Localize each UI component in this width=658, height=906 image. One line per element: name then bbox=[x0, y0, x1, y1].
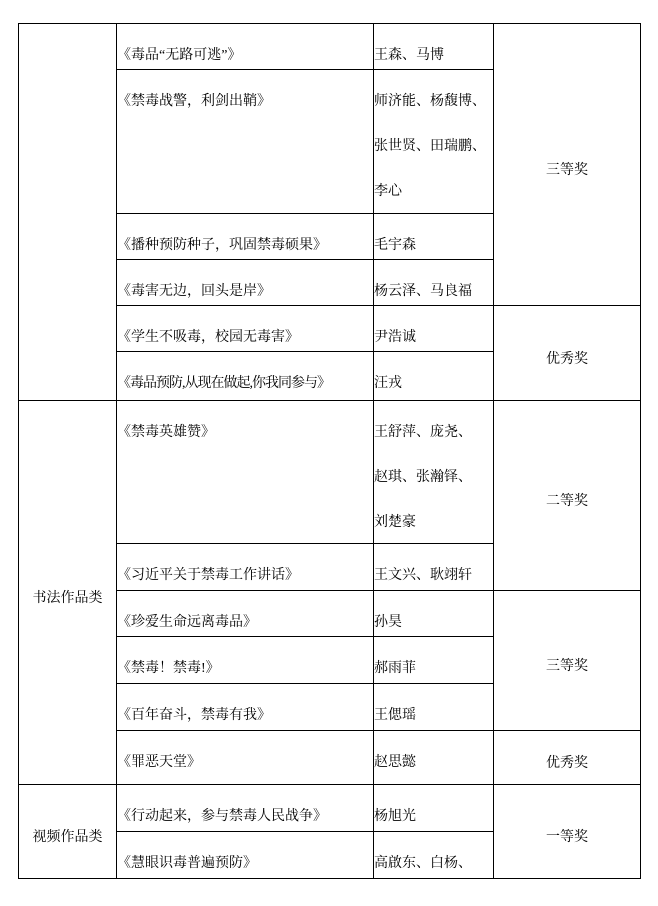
work-title: 《珍爱生命远离毒品》 bbox=[117, 600, 373, 637]
authors-text: 孙昊 bbox=[374, 600, 493, 637]
award-label: 三等奖 bbox=[494, 148, 640, 193]
authors-text: 王偲瑶 bbox=[374, 693, 493, 731]
work-title: 《百年奋斗，禁毒有我》 bbox=[117, 693, 373, 731]
work-title: 《播种预防种子，巩固禁毒硕果》 bbox=[117, 223, 373, 260]
award-cell: 优秀奖 bbox=[494, 731, 641, 785]
award-label: 二等奖 bbox=[494, 479, 640, 524]
work-title: 《慧眼识毒普遍预防》 bbox=[117, 841, 373, 879]
authors-text: 高啟东、白杨、 bbox=[374, 841, 493, 879]
table-row: 视频作品类 《行动起来，参与禁毒人民战争》 杨旭光 一等奖 bbox=[19, 785, 641, 832]
work-title: 《禁毒战警，利剑出鞘》 bbox=[117, 79, 373, 124]
authors-cell: 王舒萍、庞尧、 赵琪、张瀚铎、 刘楚豪 bbox=[374, 401, 494, 544]
authors-text: 师济能、杨馥博、 张世贤、田瑞鹏、 李心 bbox=[374, 79, 493, 214]
authors-text: 郝雨菲 bbox=[374, 646, 493, 684]
award-cell: 三等奖 bbox=[494, 591, 641, 731]
work-title: 《毒品预防,从现在做起,你我同参与》 bbox=[117, 361, 373, 401]
authors-text: 赵思懿 bbox=[374, 740, 493, 785]
work-title: 《毒害无边，回头是岸》 bbox=[117, 269, 373, 306]
category-cell-video: 视频作品类 bbox=[19, 785, 117, 879]
work-title-cell: 《禁毒英雄赞》 bbox=[117, 401, 374, 544]
authors-cell: 汪戎 bbox=[374, 352, 494, 401]
authors-text: 杨旭光 bbox=[374, 794, 493, 832]
work-title-cell: 《禁毒战警，利剑出鞘》 bbox=[117, 70, 374, 214]
authors-cell: 高啟东、白杨、 bbox=[374, 832, 494, 879]
category-cell-calligraphy: 书法作品类 bbox=[19, 401, 117, 785]
work-title: 《罪恶天堂》 bbox=[117, 740, 373, 785]
work-title-cell: 《珍爱生命远离毒品》 bbox=[117, 591, 374, 637]
award-cell: 三等奖 bbox=[494, 24, 641, 306]
authors-cell: 赵思懿 bbox=[374, 731, 494, 785]
authors-cell: 尹浩诚 bbox=[374, 306, 494, 352]
awards-table: 《毒品“无路可逃”》 王森、马博 三等奖 《禁毒战警，利剑出鞘》 师济能、杨馥博… bbox=[18, 23, 641, 879]
authors-cell: 郝雨菲 bbox=[374, 637, 494, 684]
work-title-cell: 《百年奋斗，禁毒有我》 bbox=[117, 684, 374, 731]
authors-text: 王舒萍、庞尧、 赵琪、张瀚铎、 刘楚豪 bbox=[374, 410, 493, 544]
award-label: 优秀奖 bbox=[494, 741, 640, 785]
work-title: 《学生不吸毒，校园无毒害》 bbox=[117, 315, 373, 352]
work-title-cell: 《播种预防种子，巩固禁毒硕果》 bbox=[117, 214, 374, 260]
authors-text: 毛宇森 bbox=[374, 223, 493, 260]
work-title: 《禁毒！禁毒!》 bbox=[117, 646, 373, 684]
authors-cell: 王森、马博 bbox=[374, 24, 494, 70]
work-title: 《毒品“无路可逃”》 bbox=[117, 33, 373, 70]
category-label: 视频作品类 bbox=[19, 815, 116, 860]
category-label: 书法作品类 bbox=[19, 576, 116, 621]
award-cell: 一等奖 bbox=[494, 785, 641, 879]
authors-cell: 杨云泽、马良福 bbox=[374, 260, 494, 306]
work-title: 《习近平关于禁毒工作讲话》 bbox=[117, 553, 373, 591]
authors-cell: 王文兴、耿翊轩 bbox=[374, 544, 494, 591]
award-cell: 二等奖 bbox=[494, 401, 641, 591]
work-title-cell: 《慧眼识毒普遍预防》 bbox=[117, 832, 374, 879]
authors-cell: 毛宇森 bbox=[374, 214, 494, 260]
authors-text: 杨云泽、马良福 bbox=[374, 269, 493, 306]
work-title: 《禁毒英雄赞》 bbox=[117, 410, 373, 455]
table-row: 书法作品类 《禁毒英雄赞》 王舒萍、庞尧、 赵琪、张瀚铎、 刘楚豪 二等奖 bbox=[19, 401, 641, 544]
work-title-cell: 《学生不吸毒，校园无毒害》 bbox=[117, 306, 374, 352]
work-title-cell: 《毒害无边，回头是岸》 bbox=[117, 260, 374, 306]
award-label: 一等奖 bbox=[494, 815, 640, 860]
authors-cell: 杨旭光 bbox=[374, 785, 494, 832]
category-cell-empty bbox=[19, 24, 117, 401]
table-row: 《毒品“无路可逃”》 王森、马博 三等奖 bbox=[19, 24, 641, 70]
work-title-cell: 《毒品“无路可逃”》 bbox=[117, 24, 374, 70]
work-title-cell: 《禁毒！禁毒!》 bbox=[117, 637, 374, 684]
authors-text: 汪戎 bbox=[374, 361, 493, 401]
authors-cell: 孙昊 bbox=[374, 591, 494, 637]
work-title-cell: 《行动起来，参与禁毒人民战争》 bbox=[117, 785, 374, 832]
authors-text: 王森、马博 bbox=[374, 33, 493, 70]
work-title-cell: 《罪恶天堂》 bbox=[117, 731, 374, 785]
authors-text: 王文兴、耿翊轩 bbox=[374, 553, 493, 591]
document-page: 《毒品“无路可逃”》 王森、马博 三等奖 《禁毒战警，利剑出鞘》 师济能、杨馥博… bbox=[0, 0, 658, 906]
authors-cell: 师济能、杨馥博、 张世贤、田瑞鹏、 李心 bbox=[374, 70, 494, 214]
authors-cell: 王偲瑶 bbox=[374, 684, 494, 731]
work-title-cell: 《习近平关于禁毒工作讲话》 bbox=[117, 544, 374, 591]
work-title: 《行动起来，参与禁毒人民战争》 bbox=[117, 794, 373, 832]
authors-text: 尹浩诚 bbox=[374, 315, 493, 352]
work-title-cell: 《毒品预防,从现在做起,你我同参与》 bbox=[117, 352, 374, 401]
award-cell: 优秀奖 bbox=[494, 306, 641, 401]
award-label: 优秀奖 bbox=[494, 337, 640, 382]
award-label: 三等奖 bbox=[494, 644, 640, 689]
